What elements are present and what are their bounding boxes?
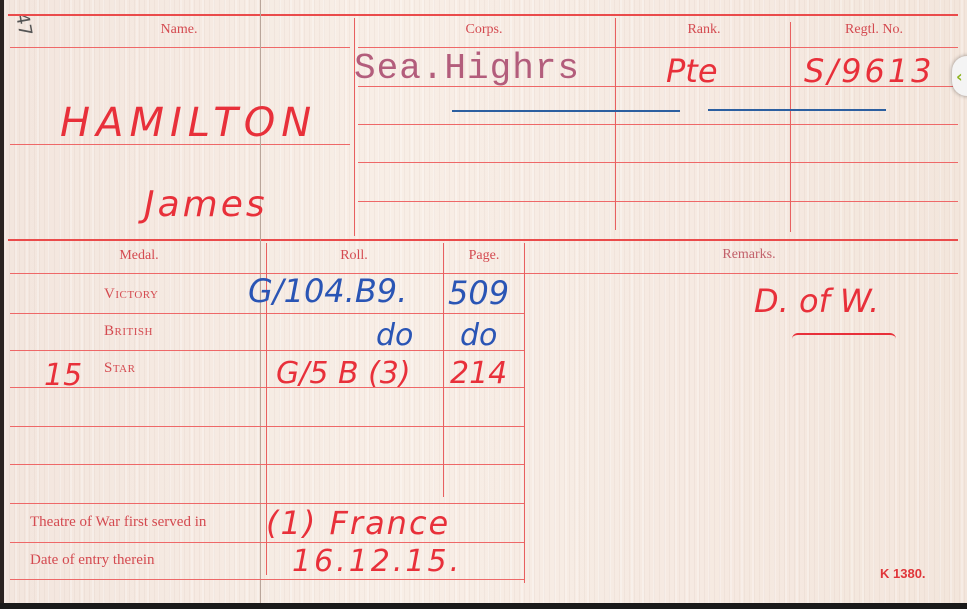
medal-rule-2 bbox=[10, 350, 524, 351]
date-label: Date of entry therein bbox=[30, 552, 155, 569]
previous-image-button[interactable]: ‹ bbox=[952, 56, 967, 96]
col-divider-rank bbox=[615, 18, 616, 230]
theatre-bottom-rule bbox=[10, 579, 524, 580]
medal-rule-1 bbox=[10, 313, 524, 314]
blue-underline-left bbox=[452, 110, 680, 112]
date-value: 16.12.15. bbox=[292, 544, 462, 579]
remarks-label: Remarks. bbox=[664, 247, 834, 263]
roll-british: do bbox=[376, 318, 413, 353]
name-header-rule bbox=[10, 47, 350, 48]
roll-star: G/5 B (3) bbox=[276, 356, 411, 391]
blue-underline-right bbox=[708, 109, 886, 111]
remarks-underline bbox=[792, 333, 896, 339]
name-label: Name. bbox=[104, 22, 254, 38]
row-rule-3 bbox=[358, 162, 958, 163]
roll-label: Roll. bbox=[304, 248, 404, 264]
medal-rule-4 bbox=[10, 426, 524, 427]
surname-value: HAMILTON bbox=[60, 100, 317, 146]
col-divider-remarks bbox=[524, 243, 525, 583]
medal-label: Medal. bbox=[64, 248, 214, 264]
corps-label: Corps. bbox=[404, 22, 564, 38]
page-victory: 509 bbox=[448, 274, 509, 312]
medal-name-victory: Victory bbox=[104, 286, 158, 303]
medal-rule-5 bbox=[10, 464, 524, 465]
star-prefix: 15 bbox=[44, 358, 82, 393]
page-star: 214 bbox=[450, 356, 507, 391]
page-label: Page. bbox=[446, 248, 522, 264]
col-divider-regtl bbox=[790, 22, 791, 232]
medal-name-star: Star bbox=[104, 360, 135, 377]
theatre-value: (1) France bbox=[266, 504, 450, 542]
theatre-mid-rule bbox=[10, 542, 524, 543]
roll-victory: G/104.B9. bbox=[248, 272, 407, 310]
row-rule-4 bbox=[358, 201, 958, 202]
form-number: K 1380. bbox=[880, 566, 926, 581]
col-divider-page bbox=[443, 243, 444, 497]
rank-value: Pte bbox=[666, 52, 718, 90]
regtl-no-label: Regtl. No. bbox=[804, 22, 944, 38]
rank-label: Rank. bbox=[634, 22, 774, 38]
top-rule bbox=[8, 14, 958, 16]
remarks-value: D. of W. bbox=[754, 282, 879, 320]
corps-stamp: Sea.Highrs bbox=[354, 48, 580, 89]
theatre-label: Theatre of War first served in bbox=[30, 514, 206, 531]
page-british: do bbox=[460, 318, 497, 353]
forename-value: James bbox=[144, 184, 268, 225]
medal-rule-3 bbox=[10, 387, 524, 388]
middle-rule bbox=[8, 239, 958, 241]
chevron-left-icon: ‹ bbox=[956, 67, 963, 86]
regimental-number-value: S/9613 bbox=[804, 52, 935, 90]
medal-name-british: British bbox=[104, 323, 153, 340]
row-rule-2 bbox=[358, 124, 958, 125]
medal-index-card: 47 Name. Corps. Rank. Regtl. No. HAMILTO… bbox=[0, 0, 967, 603]
